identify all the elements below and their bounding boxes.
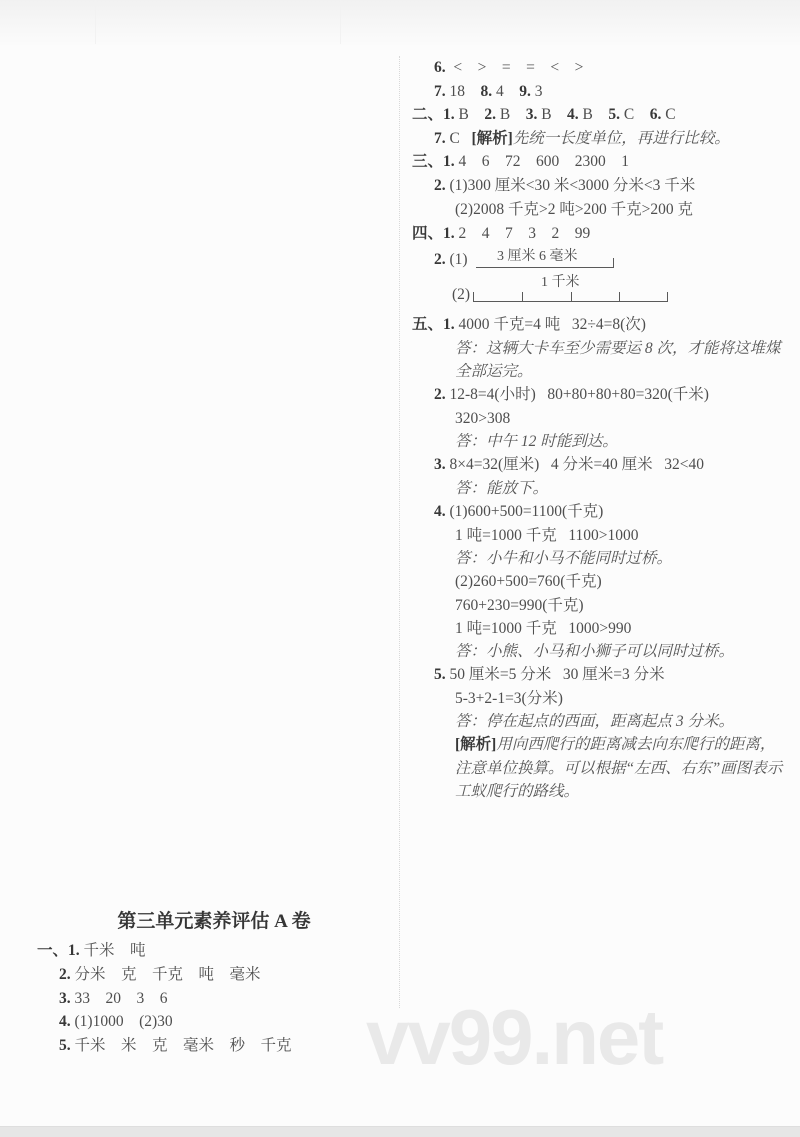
answer-line: 4. (1)1000 (2)30 (59, 1012, 173, 1031)
answer-line: (2) (452, 285, 470, 304)
scanned-answer-page: vv99.net 6. < > = = < > 7. 18 8. 4 9. 3 … (0, 0, 800, 1137)
answer-text-segment: 2. (434, 177, 446, 194)
answer-text-segment: B (579, 106, 609, 123)
answer-text-segment: B (537, 106, 567, 123)
answer-line: 1 吨=1000 千克 1000>990 (455, 619, 631, 638)
answer-text-segment: 1 吨=1000 千克 1000>990 (455, 620, 631, 637)
answer-text-segment: 33 20 3 6 (71, 990, 168, 1007)
answer-line: 工蚁爬行的路线。 (455, 782, 579, 801)
answer-line: 4. (1)600+500=1100(千克) (434, 502, 603, 521)
answer-text-segment: 答：这辆大卡车至少需要运 8 次，才能将这堆煤 (455, 340, 781, 357)
scan-artifact-line (340, 0, 341, 44)
answer-text-segment: 6. (650, 106, 662, 123)
answer-text-segment: 千米 吨 (80, 942, 146, 959)
answer-text-segment: 50 厘米=5 分米 30 厘米=3 分米 (446, 666, 665, 683)
answer-line: 5. 50 厘米=5 分米 30 厘米=3 分米 (434, 665, 665, 684)
answer-text-segment: < > = = < > (446, 59, 584, 76)
ruler-tick (613, 258, 614, 267)
answer-text-segment: 先统一长度单位，再进行比较。 (513, 130, 730, 147)
answer-text-segment: 4 (492, 83, 519, 100)
ruler-tick (522, 292, 523, 301)
answer-text-segment: 答：小牛和小马不能同时过桥。 (455, 550, 672, 567)
answer-line: 注意单位换算。可以根据“左西、右东”画图表示 (455, 759, 782, 778)
answer-text-segment: 4 6 72 600 2300 1 (455, 153, 629, 170)
answer-line: (2)2008 千克>2 吨>200 千克>200 克 (455, 200, 693, 219)
answer-text-segment: (2) (452, 286, 470, 303)
answer-line: 答：小熊、小马和小狮子可以同时过桥。 (455, 642, 734, 661)
answer-line: 答：中午 12 时能到达。 (455, 432, 618, 451)
answer-line: 7. 18 8. 4 9. 3 (434, 82, 543, 101)
answer-text-segment: 12-8=4(小时) 80+80+80+80=320(千米) (446, 386, 709, 403)
answer-text-segment: B (455, 106, 485, 123)
answer-line: 3. 8×4=32(厘米) 4 分米=40 厘米 32<40 (434, 455, 704, 474)
answer-text-segment: 答：能放下。 (455, 480, 548, 497)
answer-text-segment: 7. (434, 130, 446, 147)
answer-text-segment: [解析] (455, 736, 496, 753)
answer-text-segment: (1)600+500=1100(千克) (446, 503, 604, 520)
answer-line: 全部运完。 (455, 362, 533, 381)
answer-text-segment: 3 (531, 83, 543, 100)
answer-line: 2. 12-8=4(小时) 80+80+80+80=320(千米) (434, 385, 709, 404)
answer-line: 三、1. 4 6 72 600 2300 1 (412, 152, 629, 171)
answer-text-segment: 4. (434, 503, 446, 520)
answer-text-segment: 7. (434, 83, 446, 100)
watermark: vv99.net (366, 992, 662, 1083)
answer-line: 2. 分米 克 千克 吨 毫米 (59, 965, 261, 984)
answer-text-segment: 18 (446, 83, 481, 100)
answer-text-segment: 答：停在起点的西面，距离起点 3 分米。 (455, 713, 734, 730)
answer-line: 5-3+2-1=3(分米) (455, 689, 563, 708)
answer-text-segment: 9. (519, 83, 531, 100)
answer-line: 2. (1)300 厘米<30 米<3000 分米<3 千米 (434, 176, 695, 195)
answer-text-segment: 5. (434, 666, 446, 683)
answer-text-segment: 工蚁爬行的路线。 (455, 783, 579, 800)
answer-text-segment: 760+230=990(千克) (455, 597, 584, 614)
answer-text-segment: 四、1. (412, 225, 455, 242)
answer-line: 二、1. B 2. B 3. B 4. B 5. C 6. C (412, 105, 676, 124)
answer-text-segment: 8×4=32(厘米) 4 分米=40 厘米 32<40 (446, 456, 704, 473)
answer-text-segment: 4. (567, 106, 579, 123)
answer-line: 5. 千米 米 克 毫米 秒 千克 (59, 1036, 292, 1055)
answer-line: 7. C [解析]先统一长度单位，再进行比较。 (434, 129, 730, 148)
answer-text-segment: 一、1. (37, 942, 80, 959)
answer-text-segment: [解析] (471, 130, 512, 147)
answer-line: 2. (1) (434, 250, 468, 269)
answer-text-segment: 二、1. (412, 106, 455, 123)
ruler-tick (667, 292, 668, 301)
ruler-tick (619, 292, 620, 301)
answer-text-segment: 答：小熊、小马和小狮子可以同时过桥。 (455, 643, 734, 660)
scan-artifact-line (95, 0, 96, 44)
answer-text-segment: 分米 克 千克 吨 毫米 (71, 966, 261, 983)
answer-text-segment: (1) (446, 251, 468, 268)
ruler-diagram-1 (476, 258, 614, 268)
answer-text-segment: 千米 米 克 毫米 秒 千克 (71, 1037, 292, 1054)
answer-text-segment: 8. (481, 83, 493, 100)
answer-text-segment: 2. (434, 251, 446, 268)
ruler-tick (571, 292, 572, 301)
answer-text-segment: 全部运完。 (455, 363, 533, 380)
answer-line: (2)260+500=760(千克) (455, 572, 602, 591)
answer-text-segment: 6. (434, 59, 446, 76)
answer-text-segment: 答：中午 12 时能到达。 (455, 433, 618, 450)
answer-line: [解析]用向西爬行的距离减去向东爬行的距离， (455, 735, 775, 754)
answer-text-segment: (2)2008 千克>2 吨>200 千克>200 克 (455, 201, 693, 218)
answer-text-segment: 5. (608, 106, 620, 123)
answer-line: 一、1. 千米 吨 (37, 941, 146, 960)
answer-text-segment: 五、1. (412, 316, 455, 333)
ruler-tick (473, 292, 474, 301)
answer-text-segment: 1 吨=1000 千克 1100>1000 (455, 527, 639, 544)
answer-line: 6. < > = = < > (434, 58, 583, 77)
page-top-scan-band (0, 0, 800, 48)
answer-line: 四、1. 2 4 7 3 2 99 (412, 224, 590, 243)
answer-text-segment: 3. (434, 456, 446, 473)
ruler-label: 1 千米 (541, 271, 580, 291)
answer-text-segment: 5-3+2-1=3(分米) (455, 690, 563, 707)
answer-text-segment: 用向西爬行的距离减去向东爬行的距离， (496, 736, 775, 753)
answer-line: 答：能放下。 (455, 479, 548, 498)
answer-line: 五、1. 4000 千克=4 吨 32÷4=8(次) (412, 315, 646, 334)
answer-text-segment: 2. (484, 106, 496, 123)
column-divider (399, 56, 400, 1008)
answer-text-segment: 3. (59, 990, 71, 1007)
answer-text-segment: 2. (434, 386, 446, 403)
answer-text-segment: B (496, 106, 526, 123)
answer-text-segment: C (661, 106, 675, 123)
answer-text-segment: 2 4 7 3 2 99 (455, 225, 591, 242)
answer-text-segment: 三、1. (412, 153, 455, 170)
answer-line: 760+230=990(千克) (455, 596, 584, 615)
answer-text-segment: C (446, 130, 472, 147)
answer-line: 1 吨=1000 千克 1100>1000 (455, 526, 639, 545)
answer-text-segment: 320>308 (455, 410, 510, 427)
page-bottom-scan-band (0, 1126, 800, 1137)
answer-text-segment: 5. (59, 1037, 71, 1054)
answer-text-segment: 4. (59, 1013, 71, 1030)
answer-line: 答：这辆大卡车至少需要运 8 次，才能将这堆煤 (455, 339, 781, 358)
answer-text-segment: C (620, 106, 650, 123)
answer-text-segment: 2. (59, 966, 71, 983)
answer-text-segment: 4000 千克=4 吨 32÷4=8(次) (455, 316, 646, 333)
answer-line: 320>308 (455, 409, 510, 428)
answer-line: 答：小牛和小马不能同时过桥。 (455, 549, 672, 568)
answer-line: 3. 33 20 3 6 (59, 989, 168, 1008)
answer-text-segment: 3. (526, 106, 538, 123)
unit3-assessment-title: 第三单元素养评估 A 卷 (35, 906, 393, 933)
answer-line: 答：停在起点的西面，距离起点 3 分米。 (455, 712, 734, 731)
answer-text-segment: (2)260+500=760(千克) (455, 573, 602, 590)
answer-text-segment: (1)1000 (2)30 (71, 1013, 173, 1030)
ruler-diagram-2 (473, 292, 668, 302)
answer-text-segment: (1)300 厘米<30 米<3000 分米<3 千米 (446, 177, 696, 194)
answer-text-segment: 注意单位换算。可以根据“左西、右东”画图表示 (455, 760, 782, 777)
